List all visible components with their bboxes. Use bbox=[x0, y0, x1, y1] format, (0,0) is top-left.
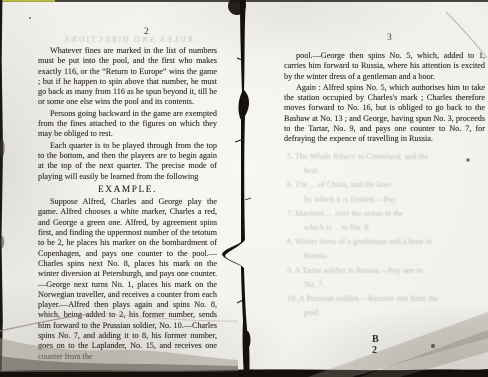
book-scan: 2 RULES AND DIRECTIONS Whatever fines ar… bbox=[0, 0, 488, 377]
signature-mark: B 2 bbox=[372, 334, 382, 356]
ghost-line: 8. Winter dress of a gentleman and a boo… bbox=[287, 235, 483, 249]
diagonal-stain bbox=[308, 312, 488, 377]
binding-tick bbox=[235, 140, 241, 142]
ink-speck bbox=[431, 344, 435, 348]
ghost-line: pool. bbox=[287, 306, 483, 320]
paragraph: Whatever fines are marked in the list of… bbox=[38, 46, 217, 108]
ghost-line: 6. The ... of China, and the laws bbox=[287, 178, 483, 192]
ghost-line: No. 7. bbox=[287, 278, 483, 292]
left-page-text: Whatever fines are marked in the list of… bbox=[38, 46, 217, 363]
page-edge-left bbox=[0, 0, 3, 377]
ghost-bleedthrough-lines: 5. The Whale fishery in Greenland, and t… bbox=[287, 150, 483, 320]
binding-crease bbox=[222, 0, 250, 377]
ghost-line: 9. A Tartar soldier in Russia.—Pay one t… bbox=[287, 264, 483, 278]
binding-tick bbox=[237, 58, 242, 60]
binding-blot bbox=[240, 94, 248, 112]
ghost-line: bear. bbox=[287, 164, 483, 178]
paragraph: Each quarter is to be played through fro… bbox=[38, 141, 217, 182]
binding-blot bbox=[244, 331, 251, 349]
edge-blot bbox=[0, 236, 4, 248]
ink-speck bbox=[29, 17, 31, 19]
paragraph: Suppose Alfred, Charles and George play … bbox=[38, 197, 217, 362]
top-edge-sliver bbox=[0, 0, 55, 2]
ghost-line: 10. A Prussian soldier.—Receive one from… bbox=[287, 292, 483, 306]
ghost-line: 7. Mariners ... over the ocean in the bbox=[287, 207, 483, 221]
ghost-line: 5. The Whale fishery in Greenland, and t… bbox=[287, 150, 483, 164]
ghost-line: by which it is limited.—Pay bbox=[287, 193, 483, 207]
page-number-right: 3 bbox=[387, 33, 392, 43]
binding-top-blot bbox=[228, 0, 246, 15]
binding-tick bbox=[245, 198, 251, 200]
paragraph: pool.—George then spins No. 5, which, ad… bbox=[284, 51, 485, 82]
ghost-bleedthrough-header: RULES AND DIRECTIONS bbox=[52, 35, 204, 44]
right-page-text: pool.—George then spins No. 5, which, ad… bbox=[284, 51, 485, 146]
edge-blot bbox=[0, 139, 5, 157]
ghost-line: Russia. bbox=[287, 249, 483, 263]
binding-tick bbox=[237, 300, 243, 303]
page-edge-bottom bbox=[0, 369, 488, 377]
paragraph: Persons going backward in the game are e… bbox=[38, 109, 217, 140]
paragraph: Again : Alfred spins No. 5, which author… bbox=[284, 83, 485, 145]
example-heading: EXAMPLE. bbox=[38, 185, 217, 195]
ghost-line: which is ... to No. 8. bbox=[287, 221, 483, 235]
page-edge-top bbox=[0, 0, 488, 2]
